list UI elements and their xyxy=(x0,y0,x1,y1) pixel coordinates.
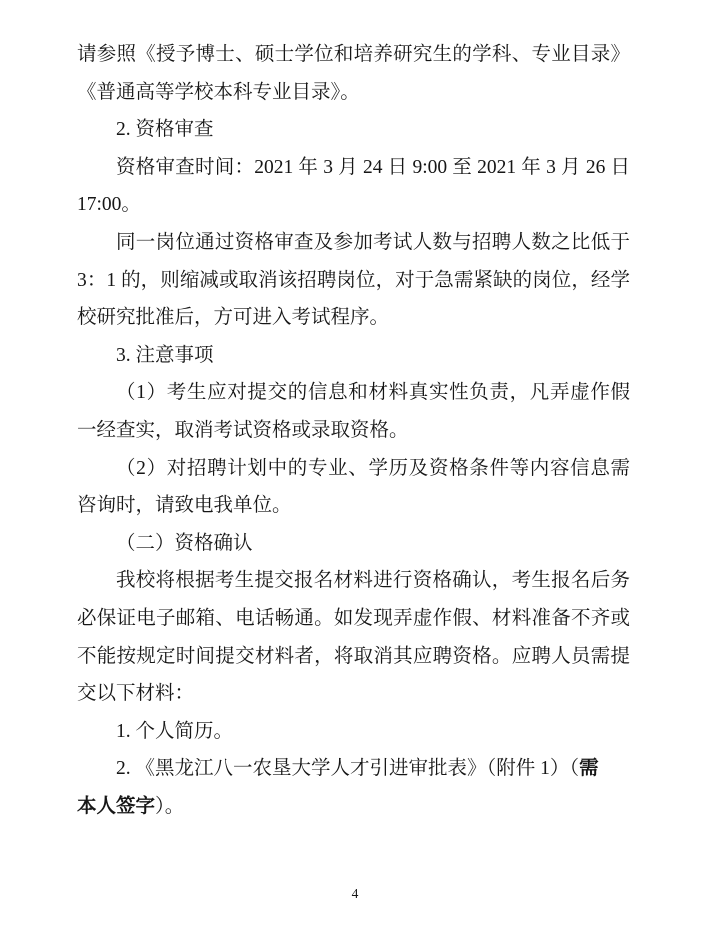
text-run: 1. 个人简历。 xyxy=(116,721,233,742)
text-run: 我校将根据考生提交报名材料进行资格确认，考生报名后务 xyxy=(116,570,630,591)
text-run: 17:00。 xyxy=(77,194,141,215)
text-run: 3：1 的，则缩减或取消该招聘岗位，对于急需紧缺的岗位，经学 xyxy=(77,270,630,291)
text-run: 《普通高等学校本科专业目录》。 xyxy=(77,82,360,103)
document-line: （2）对招聘计划中的专业、学历及资格条件等内容信息需要 xyxy=(77,450,630,488)
document-line: 我校将根据考生提交报名材料进行资格确认，考生报名后务 xyxy=(77,562,630,600)
text-run: 咨询时，请致电我单位。 xyxy=(77,495,292,516)
bold-text-run: 本人签字 xyxy=(77,796,155,817)
document-line: 一经查实，取消考试资格或录取资格。 xyxy=(77,412,630,450)
document-line: 17:00。 xyxy=(77,186,630,224)
document-line: 校研究批准后，方可进入考试程序。 xyxy=(77,299,630,337)
text-run: （二）资格确认 xyxy=(116,533,253,554)
text-run: ）。 xyxy=(155,796,184,817)
document-line: 2. 《黑龙江八一农垦大学人才引进审批表》（附件 1）（需 xyxy=(77,750,630,788)
document-line: 同一岗位通过资格审查及参加考试人数与招聘人数之比低于 xyxy=(77,224,630,262)
text-run: 交以下材料： xyxy=(77,683,194,704)
text-run: （2）对招聘计划中的专业、学历及资格条件等内容信息需要 xyxy=(116,458,630,488)
document-line: 请参照《授予博士、硕士学位和培养研究生的学科、专业目录》 xyxy=(77,36,630,74)
document-line: 2. 资格审查 xyxy=(77,111,630,149)
document-line: 交以下材料： xyxy=(77,675,630,713)
text-run: 请参照《授予博士、硕士学位和培养研究生的学科、专业目录》 xyxy=(77,44,630,65)
document-line: 必保证电子邮箱、电话畅通。如发现弄虚作假、材料准备不齐或 xyxy=(77,600,630,638)
document-page: 请参照《授予博士、硕士学位和培养研究生的学科、专业目录》《普通高等学校本科专业目… xyxy=(0,0,710,951)
text-run: 2. 《黑龙江八一农垦大学人才引进审批表》（附件 1）（ xyxy=(116,758,579,779)
text-run: 资格审查时间：2021 年 3 月 24 日 9:00 至 2021 年 3 月… xyxy=(116,157,630,178)
text-run: 一经查实，取消考试资格或录取资格。 xyxy=(77,420,409,441)
text-run: 2. 资格审查 xyxy=(116,119,214,140)
document-line: 本人签字）。 xyxy=(77,788,630,826)
document-body: 请参照《授予博士、硕士学位和培养研究生的学科、专业目录》《普通高等学校本科专业目… xyxy=(77,36,630,825)
text-run: 必保证电子邮箱、电话畅通。如发现弄虚作假、材料准备不齐或 xyxy=(77,608,630,629)
text-run: 3. 注意事项 xyxy=(116,345,214,366)
text-run: 校研究批准后，方可进入考试程序。 xyxy=(77,307,389,328)
document-line: 资格审查时间：2021 年 3 月 24 日 9:00 至 2021 年 3 月… xyxy=(77,149,630,187)
document-line: 3. 注意事项 xyxy=(77,337,630,375)
text-run: 不能按规定时间提交材料者，将取消其应聘资格。应聘人员需提 xyxy=(77,646,630,667)
document-line: （二）资格确认 xyxy=(77,525,630,563)
page-number: 4 xyxy=(0,886,710,902)
document-line: 1. 个人简历。 xyxy=(77,713,630,751)
document-line: 咨询时，请致电我单位。 xyxy=(77,487,630,525)
text-run: 同一岗位通过资格审查及参加考试人数与招聘人数之比低于 xyxy=(116,232,630,253)
document-line: 3：1 的，则缩减或取消该招聘岗位，对于急需紧缺的岗位，经学 xyxy=(77,262,630,300)
bold-text-run: 需 xyxy=(579,758,599,779)
text-run: （1）考生应对提交的信息和材料真实性负责，凡弄虚作假的， xyxy=(116,382,630,412)
document-line: 《普通高等学校本科专业目录》。 xyxy=(77,74,630,112)
document-line: 不能按规定时间提交材料者，将取消其应聘资格。应聘人员需提 xyxy=(77,638,630,676)
document-line: （1）考生应对提交的信息和材料真实性负责，凡弄虚作假的， xyxy=(77,374,630,412)
